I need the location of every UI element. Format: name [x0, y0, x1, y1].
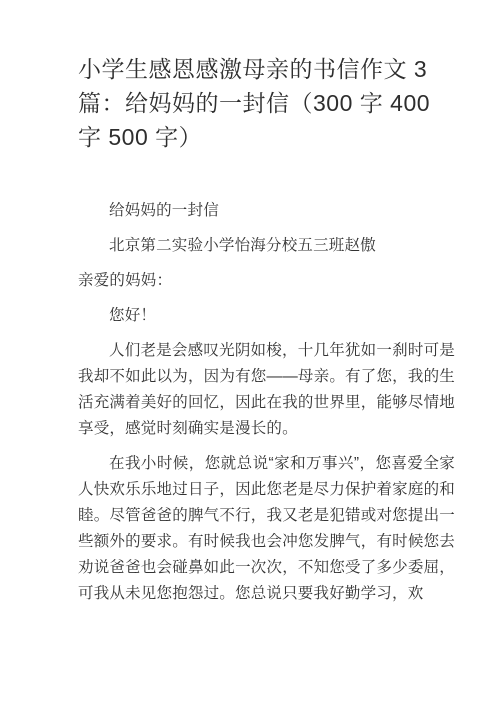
letter-heading: 给妈妈的一封信	[78, 198, 455, 224]
greeting: 您好！	[78, 303, 455, 329]
document-page: 小学生感恩感激母亲的书信作文 3 篇：给妈妈的一封信（300 字 400 字 5…	[0, 0, 500, 707]
byline: 北京第二实验小学怡海分校五三班赵傲	[78, 233, 455, 259]
body-paragraph-1: 人们老是会感叹光阴如梭，十几年犹如一刹时可是我却不如此以为，因为有您——母亲。有…	[78, 338, 455, 442]
salutation: 亲爱的妈妈：	[78, 268, 455, 294]
body-paragraph-2: 在我小时候，您就总说“家和万事兴”，您喜爱全家人快欢乐乐地过日子，因此您老是尽力…	[78, 451, 455, 607]
page-title: 小学生感恩感激母亲的书信作文 3 篇：给妈妈的一封信（300 字 400 字 5…	[78, 52, 455, 154]
